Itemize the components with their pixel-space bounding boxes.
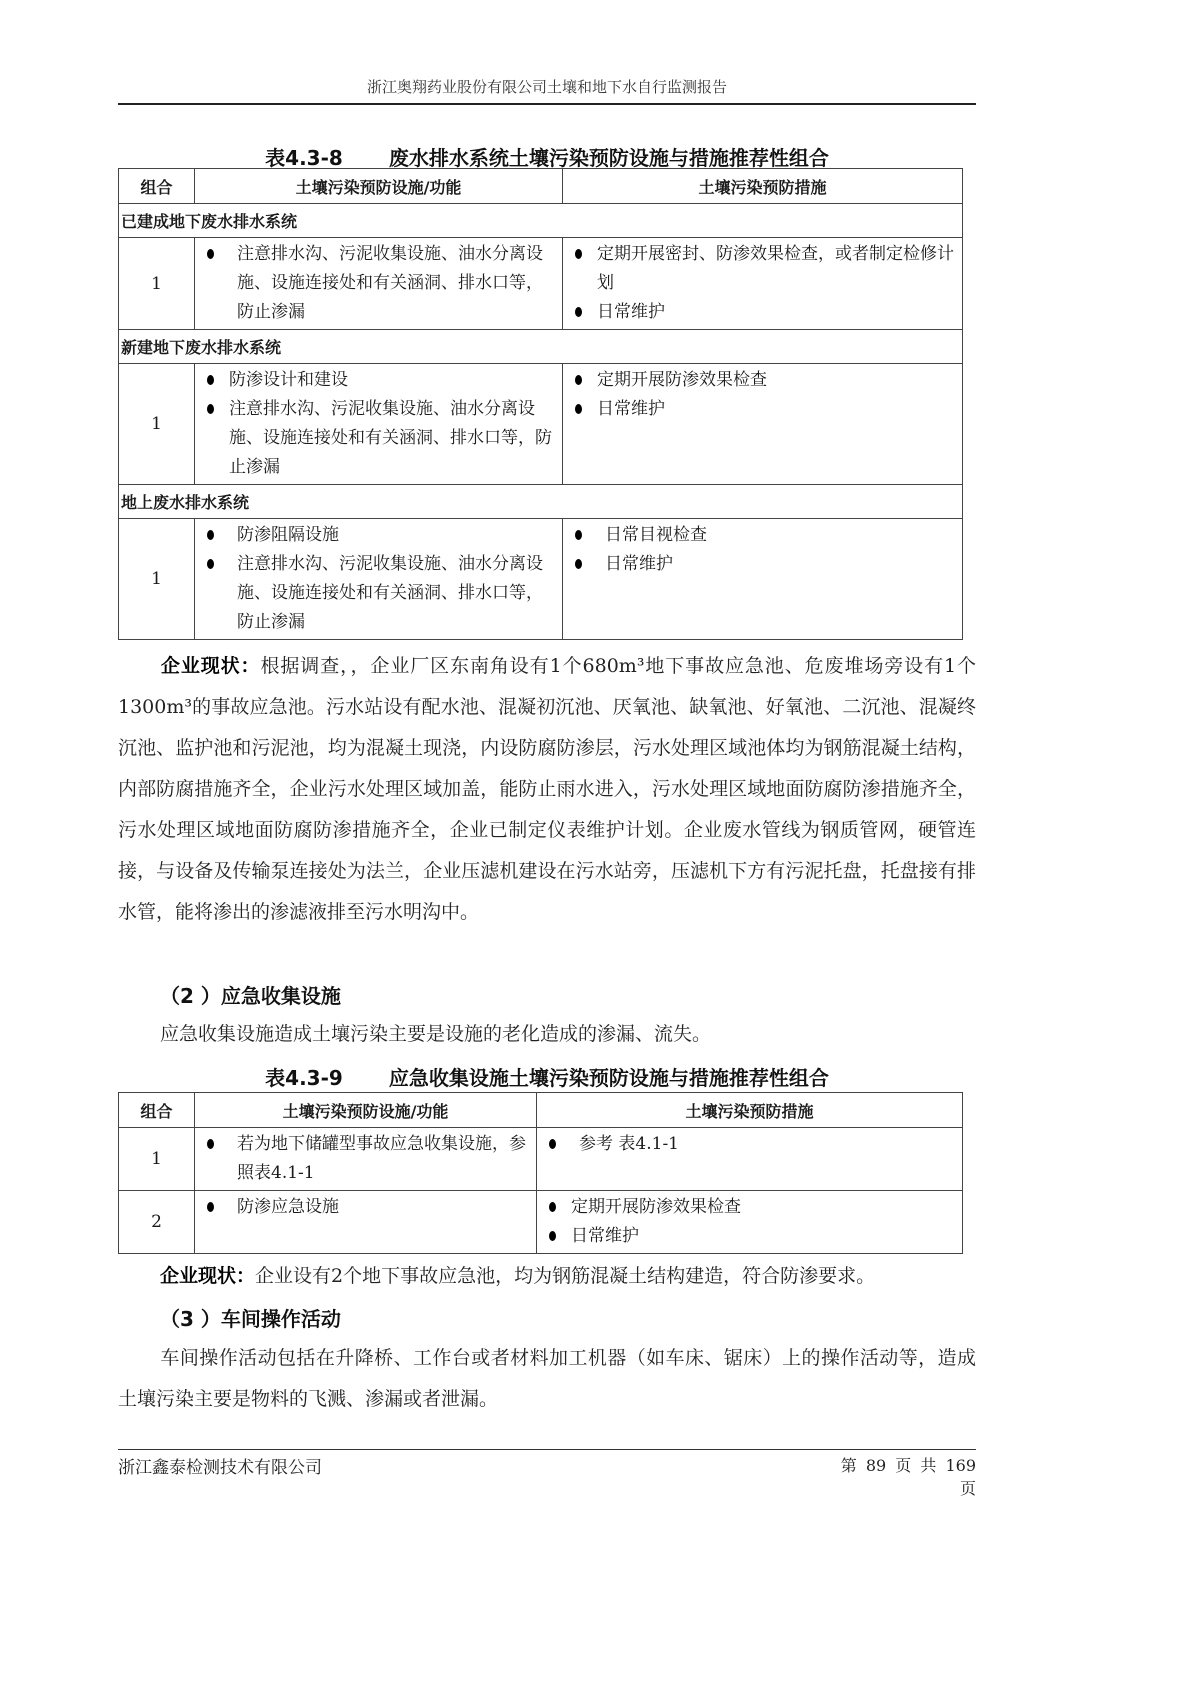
col-facilities: 土壤污染预防设施/功能 — [195, 169, 563, 204]
bullet-icon — [207, 249, 214, 259]
table2-header-row: 组合 土壤污染预防设施/功能 土壤污染预防措施 — [119, 1093, 963, 1128]
list-item: 防渗设计和建设 — [201, 366, 556, 395]
col-facilities: 土壤污染预防设施/功能 — [195, 1093, 537, 1128]
col-measures: 土壤污染预防措施 — [563, 169, 963, 204]
table-row: 2 防渗应急设施 定期开展防渗效果检查 日常维护 — [119, 1191, 963, 1254]
bullet-icon — [549, 1202, 556, 1212]
status-paragraph-2: 企业现状：企业设有2个地下事故应急池，均为钢筋混凝土结构建造，符合防渗要求。 — [118, 1256, 976, 1297]
table-row: 1 若为地下储罐型事故应急收集设施，参照表4.1-1 参考 表4.1-1 — [119, 1128, 963, 1191]
bullet-icon — [549, 1231, 556, 1241]
table2: 组合 土壤污染预防设施/功能 土壤污染预防措施 1 若为地下储罐型事故应急收集设… — [118, 1092, 963, 1254]
page-header: 浙江奥翔药业股份有限公司土壤和地下水自行监测报告 — [118, 76, 976, 105]
table2-caption: 表4.3-9应急收集设施土壤污染预防设施与措施推荐性组合 — [118, 1062, 976, 1091]
facilities-cell: 防渗应急设施 — [195, 1191, 537, 1254]
list-item: 日常维护 — [543, 1222, 956, 1251]
section-title: 已建成地下废水排水系统 — [119, 204, 963, 238]
section-title: 新建地下废水排水系统 — [119, 330, 963, 364]
list-item: 防渗阻隔设施 — [201, 521, 556, 550]
col-group: 组合 — [119, 169, 195, 204]
measures-cell: 参考 表4.1-1 — [537, 1128, 963, 1191]
group-number: 1 — [119, 519, 195, 640]
list-item: 日常维护 — [569, 550, 956, 579]
bullet-icon — [575, 375, 582, 385]
bullet-icon — [575, 307, 582, 317]
bullet-icon — [207, 530, 214, 540]
status-paragraph-1: 企业现状：根据调查，，企业厂区东南角设有1个680m³地下事故应急池、危废堆场旁… — [118, 646, 976, 933]
facilities-cell: 若为地下储罐型事故应急收集设施，参照表4.1-1 — [195, 1128, 537, 1191]
facilities-cell: 防渗阻隔设施 注意排水沟、污泥收集设施、油水分离设施、设施连接处和有关涵洞、排水… — [195, 519, 563, 640]
bullet-icon — [207, 375, 214, 385]
list-item: 注意排水沟、污泥收集设施、油水分离设施、设施连接处和有关涵洞、排水口等，防止渗漏 — [201, 240, 556, 327]
table-row: 1 防渗设计和建设 注意排水沟、污泥收集设施、油水分离设施、设施连接处和有关涵洞… — [119, 364, 963, 485]
bullet-icon — [575, 559, 582, 569]
table2-number: 表4.3-9 — [265, 1066, 343, 1090]
page-number: 第 89 页 共 169 页 — [820, 1453, 976, 1499]
bullet-icon — [207, 559, 214, 569]
section3-intro: 车间操作活动包括在升降桥、工作台或者材料加工机器（如车床、锯床）上的操作活动等，… — [118, 1338, 976, 1420]
table1: 组合 土壤污染预防设施/功能 土壤污染预防措施 已建成地下废水排水系统 1 注意… — [118, 168, 963, 640]
group-number: 1 — [119, 364, 195, 485]
col-measures: 土壤污染预防措施 — [537, 1093, 963, 1128]
table1-section-row: 新建地下废水排水系统 — [119, 330, 963, 364]
measures-cell: 定期开展密封、防渗效果检查，或者制定检修计划 日常维护 — [563, 238, 963, 330]
measures-cell: 日常目视检查 日常维护 — [563, 519, 963, 640]
section2-intro: 应急收集设施造成土壤污染主要是设施的老化造成的渗漏、流失。 — [118, 1014, 976, 1055]
group-number: 2 — [119, 1191, 195, 1254]
facilities-cell: 注意排水沟、污泥收集设施、油水分离设施、设施连接处和有关涵洞、排水口等，防止渗漏 — [195, 238, 563, 330]
list-item: 日常目视检查 — [569, 521, 956, 550]
list-item: 定期开展防渗效果检查 — [543, 1193, 956, 1222]
list-item: 防渗应急设施 — [201, 1193, 530, 1222]
table1-header-row: 组合 土壤污染预防设施/功能 土壤污染预防措施 — [119, 169, 963, 204]
bullet-icon — [575, 249, 582, 259]
bullet-icon — [575, 404, 582, 414]
list-item: 若为地下储罐型事故应急收集设施，参照表4.1-1 — [201, 1130, 530, 1188]
status-label: 企业现状： — [160, 1265, 255, 1287]
table1-section-row: 地上废水排水系统 — [119, 485, 963, 519]
table-row: 1 注意排水沟、污泥收集设施、油水分离设施、设施连接处和有关涵洞、排水口等，防止… — [119, 238, 963, 330]
status-text: 根据调查，，企业厂区东南角设有1个680m³地下事故应急池、危废堆场旁设有1个1… — [118, 655, 976, 923]
status-text: 企业设有2个地下事故应急池，均为钢筋混凝土结构建造，符合防渗要求。 — [255, 1265, 875, 1287]
list-item: 日常维护 — [569, 298, 956, 327]
list-item: 注意排水沟、污泥收集设施、油水分离设施、设施连接处和有关涵洞、排水口等，防止渗漏 — [201, 550, 556, 637]
list-item: 日常维护 — [569, 395, 956, 424]
table1-caption: 表4.3-8废水排水系统土壤污染预防设施与措施推荐性组合 — [118, 142, 976, 171]
table1-section-row: 已建成地下废水排水系统 — [119, 204, 963, 238]
group-number: 1 — [119, 238, 195, 330]
group-number: 1 — [119, 1128, 195, 1191]
section-title: 地上废水排水系统 — [119, 485, 963, 519]
list-item: 参考 表4.1-1 — [543, 1130, 956, 1159]
col-group: 组合 — [119, 1093, 195, 1128]
list-item: 定期开展防渗效果检查 — [569, 366, 956, 395]
bullet-icon — [207, 1139, 214, 1149]
measures-cell: 定期开展防渗效果检查 日常维护 — [537, 1191, 963, 1254]
list-item: 定期开展密封、防渗效果检查，或者制定检修计划 — [569, 240, 956, 298]
footer-divider — [118, 1449, 976, 1450]
list-item: 注意排水沟、污泥收集设施、油水分离设施、设施连接处和有关涵洞、排水口等，防止渗漏 — [201, 395, 556, 482]
section3-heading: （3 ）车间操作活动 — [160, 1303, 341, 1332]
table1-title: 废水排水系统土壤污染预防设施与措施推荐性组合 — [389, 146, 829, 170]
bullet-icon — [549, 1139, 556, 1149]
footer-company: 浙江鑫泰检测技术有限公司 — [118, 1453, 322, 1478]
bullet-icon — [207, 404, 214, 414]
table1-number: 表4.3-8 — [265, 146, 343, 170]
bullet-icon — [575, 530, 582, 540]
report-title: 浙江奥翔药业股份有限公司土壤和地下水自行监测报告 — [367, 78, 727, 96]
section2-heading: （2 ）应急收集设施 — [160, 980, 341, 1009]
status-label: 企业现状： — [160, 655, 260, 677]
bullet-icon — [207, 1202, 214, 1212]
table-row: 1 防渗阻隔设施 注意排水沟、污泥收集设施、油水分离设施、设施连接处和有关涵洞、… — [119, 519, 963, 640]
measures-cell: 定期开展防渗效果检查 日常维护 — [563, 364, 963, 485]
table2-title: 应急收集设施土壤污染预防设施与措施推荐性组合 — [389, 1066, 829, 1090]
facilities-cell: 防渗设计和建设 注意排水沟、污泥收集设施、油水分离设施、设施连接处和有关涵洞、排… — [195, 364, 563, 485]
